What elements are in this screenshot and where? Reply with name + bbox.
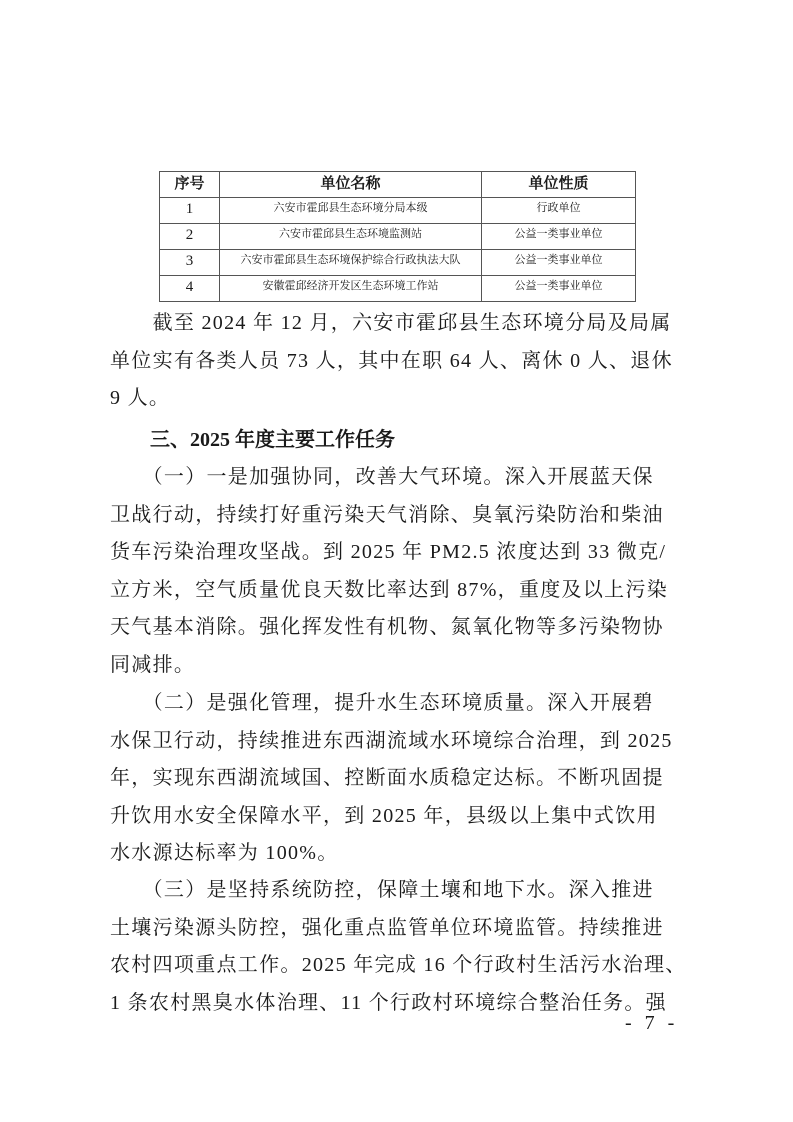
text-line: 立方米，空气质量优良天数比率达到 87%，重度及以上污染 bbox=[110, 572, 703, 610]
cell-unit-type: 行政单位 bbox=[482, 198, 636, 224]
cell-serial-number: 2 bbox=[160, 224, 220, 250]
header-unit-name: 单位名称 bbox=[220, 172, 482, 198]
section-heading: 三、2025 年度主要工作任务 bbox=[150, 422, 395, 459]
cell-unit-name: 安徽霍邱经济开发区生态环境工作站 bbox=[220, 276, 482, 302]
cell-serial-number: 1 bbox=[160, 198, 220, 224]
table-row: 4 安徽霍邱经济开发区生态环境工作站 公益一类事业单位 bbox=[160, 276, 636, 302]
staff-paragraph: 截至 2024 年 12 月，六安市霍邱县生态环境分局及局属 单位实有各类人员 … bbox=[110, 305, 703, 418]
text-line: 卫战行动，持续打好重污染天气消除、臭氧污染防治和柴油 bbox=[110, 497, 703, 535]
text-line: （一）一是加强协同，改善大气环境。深入开展蓝天保 bbox=[110, 459, 703, 497]
table-row: 1 六安市霍邱县生态环境分局本级 行政单位 bbox=[160, 198, 636, 224]
page-number: - 7 - bbox=[625, 1012, 678, 1035]
task-1-paragraph: （一）一是加强协同，改善大气环境。深入开展蓝天保 卫战行动，持续打好重污染天气消… bbox=[110, 459, 703, 684]
cell-unit-name: 六安市霍邱县生态环境监测站 bbox=[220, 224, 482, 250]
cell-unit-type: 公益一类事业单位 bbox=[482, 250, 636, 276]
document-page: 序号 单位名称 单位性质 1 六安市霍邱县生态环境分局本级 行政单位 2 六安市… bbox=[0, 0, 793, 1122]
cell-serial-number: 4 bbox=[160, 276, 220, 302]
text-line: 天气基本消除。强化挥发性有机物、氮氧化物等多污染物协 bbox=[110, 609, 703, 647]
header-serial-number: 序号 bbox=[160, 172, 220, 198]
text-line: 升饮用水安全保障水平，到 2025 年，县级以上集中式饮用 bbox=[110, 798, 703, 836]
text-line: 1 条农村黑臭水体治理、11 个行政村环境综合整治任务。强 bbox=[110, 985, 703, 1023]
text-line: 水保卫行动，持续推进东西湖流域水环境综合治理，到 2025 bbox=[110, 723, 703, 761]
text-line: （二）是强化管理，提升水生态环境质量。深入开展碧 bbox=[110, 685, 703, 723]
task-2-paragraph: （二）是强化管理，提升水生态环境质量。深入开展碧 水保卫行动，持续推进东西湖流域… bbox=[110, 685, 703, 873]
units-table: 序号 单位名称 单位性质 1 六安市霍邱县生态环境分局本级 行政单位 2 六安市… bbox=[159, 171, 636, 302]
cell-unit-name: 六安市霍邱县生态环境保护综合行政执法大队 bbox=[220, 250, 482, 276]
text-line: 年，实现东西湖流域国、控断面水质稳定达标。不断巩固提 bbox=[110, 760, 703, 798]
text-line: 单位实有各类人员 73 人，其中在职 64 人、离休 0 人、退休 bbox=[110, 343, 703, 381]
header-unit-type: 单位性质 bbox=[482, 172, 636, 198]
text-line: 货车污染治理攻坚战。到 2025 年 PM2.5 浓度达到 33 微克/ bbox=[110, 534, 703, 572]
cell-unit-name: 六安市霍邱县生态环境分局本级 bbox=[220, 198, 482, 224]
task-3-paragraph: （三）是坚持系统防控，保障土壤和地下水。深入推进 土壤污染源头防控，强化重点监管… bbox=[110, 872, 703, 1022]
text-line: 农村四项重点工作。2025 年完成 16 个行政村生活污水治理、 bbox=[110, 947, 703, 985]
text-line: 水水源达标率为 100%。 bbox=[110, 835, 703, 873]
cell-unit-type: 公益一类事业单位 bbox=[482, 276, 636, 302]
cell-serial-number: 3 bbox=[160, 250, 220, 276]
table-header-row: 序号 单位名称 单位性质 bbox=[160, 172, 636, 198]
text-line: 同减排。 bbox=[110, 647, 703, 685]
table-row: 2 六安市霍邱县生态环境监测站 公益一类事业单位 bbox=[160, 224, 636, 250]
text-line: 截至 2024 年 12 月，六安市霍邱县生态环境分局及局属 bbox=[110, 305, 703, 343]
cell-unit-type: 公益一类事业单位 bbox=[482, 224, 636, 250]
text-line: （三）是坚持系统防控，保障土壤和地下水。深入推进 bbox=[110, 872, 703, 910]
table-row: 3 六安市霍邱县生态环境保护综合行政执法大队 公益一类事业单位 bbox=[160, 250, 636, 276]
text-line: 9 人。 bbox=[110, 380, 703, 418]
text-line: 土壤污染源头防控，强化重点监管单位环境监管。持续推进 bbox=[110, 910, 703, 948]
